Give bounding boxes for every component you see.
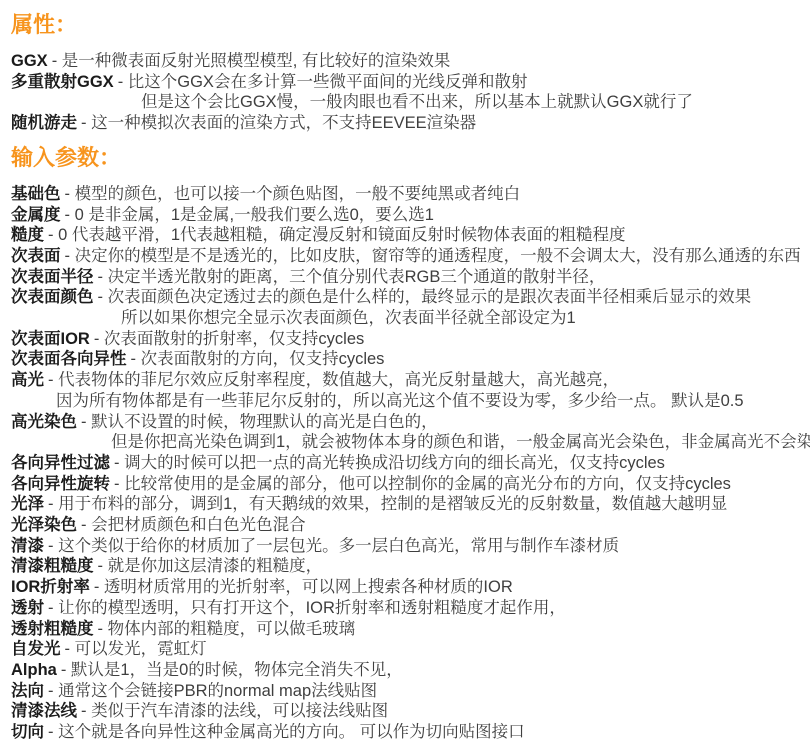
term-description: - 决定你的模型是不是透光的，比如皮肤，窗帘等的通透程度，一般不会调太大，没有那… (65, 247, 801, 265)
section-heading: 属性： (11, 12, 804, 38)
continuation-line: 所以如果你想完全显示次表面颜色，次表面半径就全部设定为1 (11, 308, 804, 329)
term-label: 清漆 (11, 537, 44, 555)
definition-line: 次表面颜色- 次表面颜色决定透过去的颜色是什么样的，最终显示的是跟次表面半径相乘… (11, 287, 804, 308)
term-description: - 默认是1，当是0的时候，物体完全消失不见， (61, 661, 403, 679)
term-label: 清漆法线 (11, 702, 77, 720)
term-description: - 就是你加这层清漆的粗糙度， (98, 557, 323, 575)
term-label: 清漆粗糙度 (11, 557, 94, 575)
definition-line: 金属度- 0 是非金属，1是金属,一般我们要么选0，要么选1 (11, 205, 804, 226)
term-label: 次表面IOR (11, 330, 90, 348)
term-description: - 这一种模拟次表面的渲染方式，不支持EEVEE渲染器 (81, 114, 476, 132)
term-description: - 调大的时候可以把一点的高光转换成沿切线方向的细长高光，仅支持cycles (114, 454, 665, 472)
term-description: - 这个类似于给你的材质加了一层包光。多一层白色高光，常用与制作车漆材质 (48, 537, 619, 555)
definition-line: 清漆法线- 类似于汽车清漆的法线，可以接法线贴图 (11, 701, 804, 722)
term-description: - 类似于汽车清漆的法线，可以接法线贴图 (81, 702, 388, 720)
definition-line: 高光- 代表物体的菲尼尔效应反射率程度，数值越大，高光反射量越大，高光越亮， (11, 370, 804, 391)
term-description: - 0 是非金属，1是金属,一般我们要么选0，要么选1 (65, 206, 434, 224)
term-label: 高光染色 (11, 413, 77, 431)
term-description: - 决定半透光散射的距离，三个值分别代表RGB三个通道的散射半径， (98, 268, 606, 286)
term-label: 各向异性过滤 (11, 454, 110, 472)
term-label: 次表面颜色 (11, 288, 94, 306)
section-heading: 输入参数： (11, 145, 804, 171)
continuation-line: 但是这个会比GGX慢，一般肉眼也看不出来，所以基本上就默认GGX就行了 (11, 92, 804, 113)
term-label: 次表面半径 (11, 268, 94, 286)
term-label: 次表面 (11, 247, 61, 265)
term-label: 随机游走 (11, 114, 77, 132)
term-description: - 代表物体的菲尼尔效应反射率程度，数值越大，高光反射量越大，高光越亮， (48, 371, 619, 389)
section: 属性：GGX- 是一种微表面反射光照模型模型, 有比较好的渲染效果多重散射GGX… (11, 12, 804, 134)
section: 输入参数：基础色- 模型的颜色，也可以接一个颜色贴图，一般不要纯黑或者纯白金属度… (11, 145, 804, 743)
definition-line: 透射- 让你的模型透明，只有打开这个，IOR折射率和透射粗糙度才起作用， (11, 598, 804, 619)
definition-line: 糙度- 0 代表越平滑，1代表越粗糙，确定漫反射和镜面反射时候物体表面的粗糙程度 (11, 225, 804, 246)
definition-line: 光泽染色- 会把材质颜色和白色光色混合 (11, 515, 804, 536)
definition-line: Alpha- 默认是1，当是0的时候，物体完全消失不见， (11, 660, 804, 681)
definition-line: 基础色- 模型的颜色，也可以接一个颜色贴图，一般不要纯黑或者纯白 (11, 184, 804, 205)
term-label: 次表面各向异性 (11, 350, 127, 368)
term-label: 各向异性旋转 (11, 475, 110, 493)
definition-line: 各向异性旋转- 比较常使用的是金属的部分，他可以控制你的金属的高光分布的方向，仅… (11, 474, 804, 495)
term-description: - 透明材质常用的光折射率，可以网上搜索各种材质的IOR (94, 578, 513, 596)
definition-line: 透射粗糙度- 物体内部的粗糙度，可以做毛玻璃 (11, 619, 804, 640)
term-description: - 让你的模型透明，只有打开这个，IOR折射率和透射粗糙度才起作用， (48, 599, 566, 617)
term-description: - 是一种微表面反射光照模型模型, 有比较好的渲染效果 (52, 52, 451, 70)
term-description: - 默认不设置的时候，物理默认的高光是白色的， (81, 413, 438, 431)
term-label: 光泽 (11, 495, 44, 513)
continuation-line: 因为所有物体都是有一些菲尼尔反射的，所以高光这个值不要设为零，多少给一点。 默认… (11, 391, 804, 412)
term-label: Alpha (11, 661, 57, 679)
definition-line: 次表面各向异性- 次表面散射的方向，仅支持cycles (11, 349, 804, 370)
continuation-line: 但是你把高光染色调到1，就会被物体本身的颜色和谐，一般金属高光会染色，非金属高光… (11, 432, 804, 453)
term-label: 透射 (11, 599, 44, 617)
term-description: - 0 代表越平滑，1代表越粗糙，确定漫反射和镜面反射时候物体表面的粗糙程度 (48, 226, 626, 244)
definition-line: 高光染色- 默认不设置的时候，物理默认的高光是白色的， (11, 412, 804, 433)
term-description: - 比较常使用的是金属的部分，他可以控制你的金属的高光分布的方向，仅支持cycl… (114, 475, 731, 493)
term-label: 光泽染色 (11, 516, 77, 534)
term-label: 高光 (11, 371, 44, 389)
term-description: - 次表面散射的方向，仅支持cycles (131, 350, 385, 368)
term-description: - 次表面散射的折射率，仅支持cycles (94, 330, 364, 348)
definition-line: GGX- 是一种微表面反射光照模型模型, 有比较好的渲染效果 (11, 51, 804, 72)
definition-line: IOR折射率- 透明材质常用的光折射率，可以网上搜索各种材质的IOR (11, 577, 804, 598)
term-label: IOR折射率 (11, 578, 90, 596)
definition-line: 次表面- 决定你的模型是不是透光的，比如皮肤，窗帘等的通透程度，一般不会调太大，… (11, 246, 804, 267)
term-label: 糙度 (11, 226, 44, 244)
term-label: 法向 (11, 682, 44, 700)
term-label: 多重散射GGX (11, 73, 114, 91)
notes-document: 属性：GGX- 是一种微表面反射光照模型模型, 有比较好的渲染效果多重散射GGX… (0, 0, 810, 743)
term-label: GGX (11, 52, 48, 70)
definition-line: 随机游走- 这一种模拟次表面的渲染方式，不支持EEVEE渲染器 (11, 113, 804, 134)
term-description: - 模型的颜色，也可以接一个颜色贴图，一般不要纯黑或者纯白 (65, 185, 521, 203)
term-description: - 通常这个会链接PBR的normal map法线贴图 (48, 682, 377, 700)
term-description: - 次表面颜色决定透过去的颜色是什么样的，最终显示的是跟次表面半径相乘后显示的效… (98, 288, 752, 306)
term-label: 透射粗糙度 (11, 620, 94, 638)
term-description: - 这个就是各向异性这种金属高光的方向。 可以作为切向贴图接口 (48, 723, 525, 741)
definition-line: 自发光- 可以发光，霓虹灯 (11, 639, 804, 660)
definition-line: 清漆粗糙度- 就是你加这层清漆的粗糙度， (11, 556, 804, 577)
term-description: - 会把材质颜色和白色光色混合 (81, 516, 306, 534)
definition-line: 清漆- 这个类似于给你的材质加了一层包光。多一层白色高光，常用与制作车漆材质 (11, 536, 804, 557)
term-description: - 物体内部的粗糙度，可以做毛玻璃 (98, 620, 356, 638)
definition-line: 多重散射GGX- 比这个GGX会在多计算一些微平面间的光线反弹和散射 (11, 72, 804, 93)
definition-line: 光泽- 用于布料的部分，调到1，有天鹅绒的效果，控制的是褶皱反光的反射数量，数值… (11, 494, 804, 515)
definition-line: 各向异性过滤- 调大的时候可以把一点的高光转换成沿切线方向的细长高光，仅支持cy… (11, 453, 804, 474)
term-label: 金属度 (11, 206, 61, 224)
definition-line: 次表面IOR- 次表面散射的折射率，仅支持cycles (11, 329, 804, 350)
definition-line: 切向- 这个就是各向异性这种金属高光的方向。 可以作为切向贴图接口 (11, 722, 804, 743)
definition-line: 法向- 通常这个会链接PBR的normal map法线贴图 (11, 681, 804, 702)
term-label: 切向 (11, 723, 44, 741)
term-description: - 可以发光，霓虹灯 (65, 640, 207, 658)
term-label: 基础色 (11, 185, 61, 203)
definition-line: 次表面半径- 决定半透光散射的距离，三个值分别代表RGB三个通道的散射半径， (11, 267, 804, 288)
term-label: 自发光 (11, 640, 61, 658)
term-description: - 比这个GGX会在多计算一些微平面间的光线反弹和散射 (118, 73, 528, 91)
term-description: - 用于布料的部分，调到1，有天鹅绒的效果，控制的是褶皱反光的反射数量，数值越大… (48, 495, 727, 513)
